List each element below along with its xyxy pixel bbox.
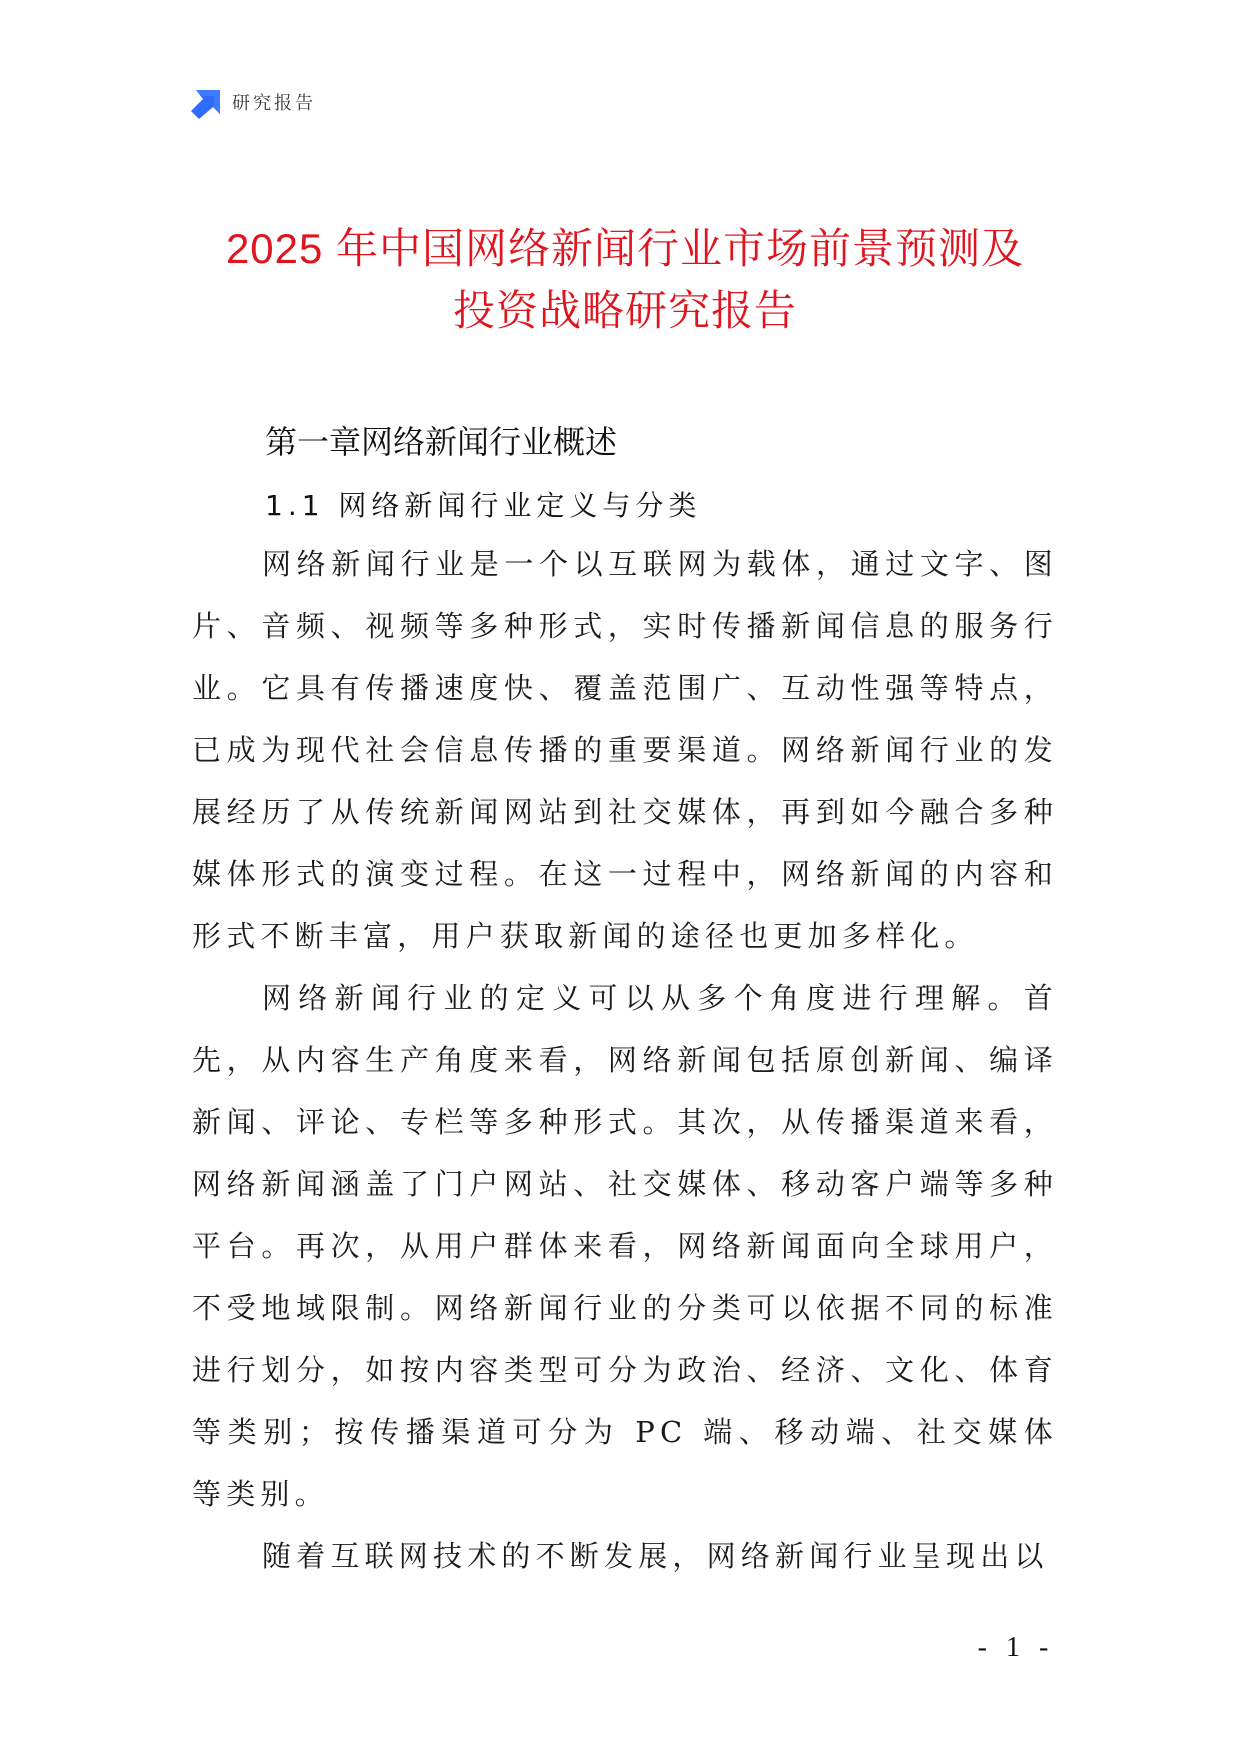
title-line-2: 投资战略研究报告 — [190, 280, 1060, 342]
chapter-heading: 第一章网络新闻行业概述 — [265, 422, 617, 462]
title-line-1: 2025 年中国网络新闻行业市场前景预测及 — [190, 218, 1060, 280]
body-text: 网络新闻行业是一个以互联网为载体，通过文字、图片、音频、视频等多种形式，实时传播… — [192, 533, 1058, 1587]
paragraph: 网络新闻行业是一个以互联网为载体，通过文字、图片、音频、视频等多种形式，实时传播… — [192, 533, 1058, 967]
page-number: - 1 - — [975, 1632, 1057, 1664]
section-heading: 1.1 网络新闻行业定义与分类 — [265, 486, 701, 526]
report-header: 研究报告 — [190, 88, 316, 120]
header-label: 研究报告 — [232, 88, 316, 120]
paragraph: 随着互联网技术的不断发展，网络新闻行业呈现出以 — [192, 1525, 1058, 1587]
arrow-up-right-logo-icon — [190, 88, 222, 120]
document-title: 2025 年中国网络新闻行业市场前景预测及 投资战略研究报告 — [190, 218, 1060, 342]
paragraph: 网络新闻行业的定义可以从多个角度进行理解。首先，从内容生产角度来看，网络新闻包括… — [192, 967, 1058, 1525]
